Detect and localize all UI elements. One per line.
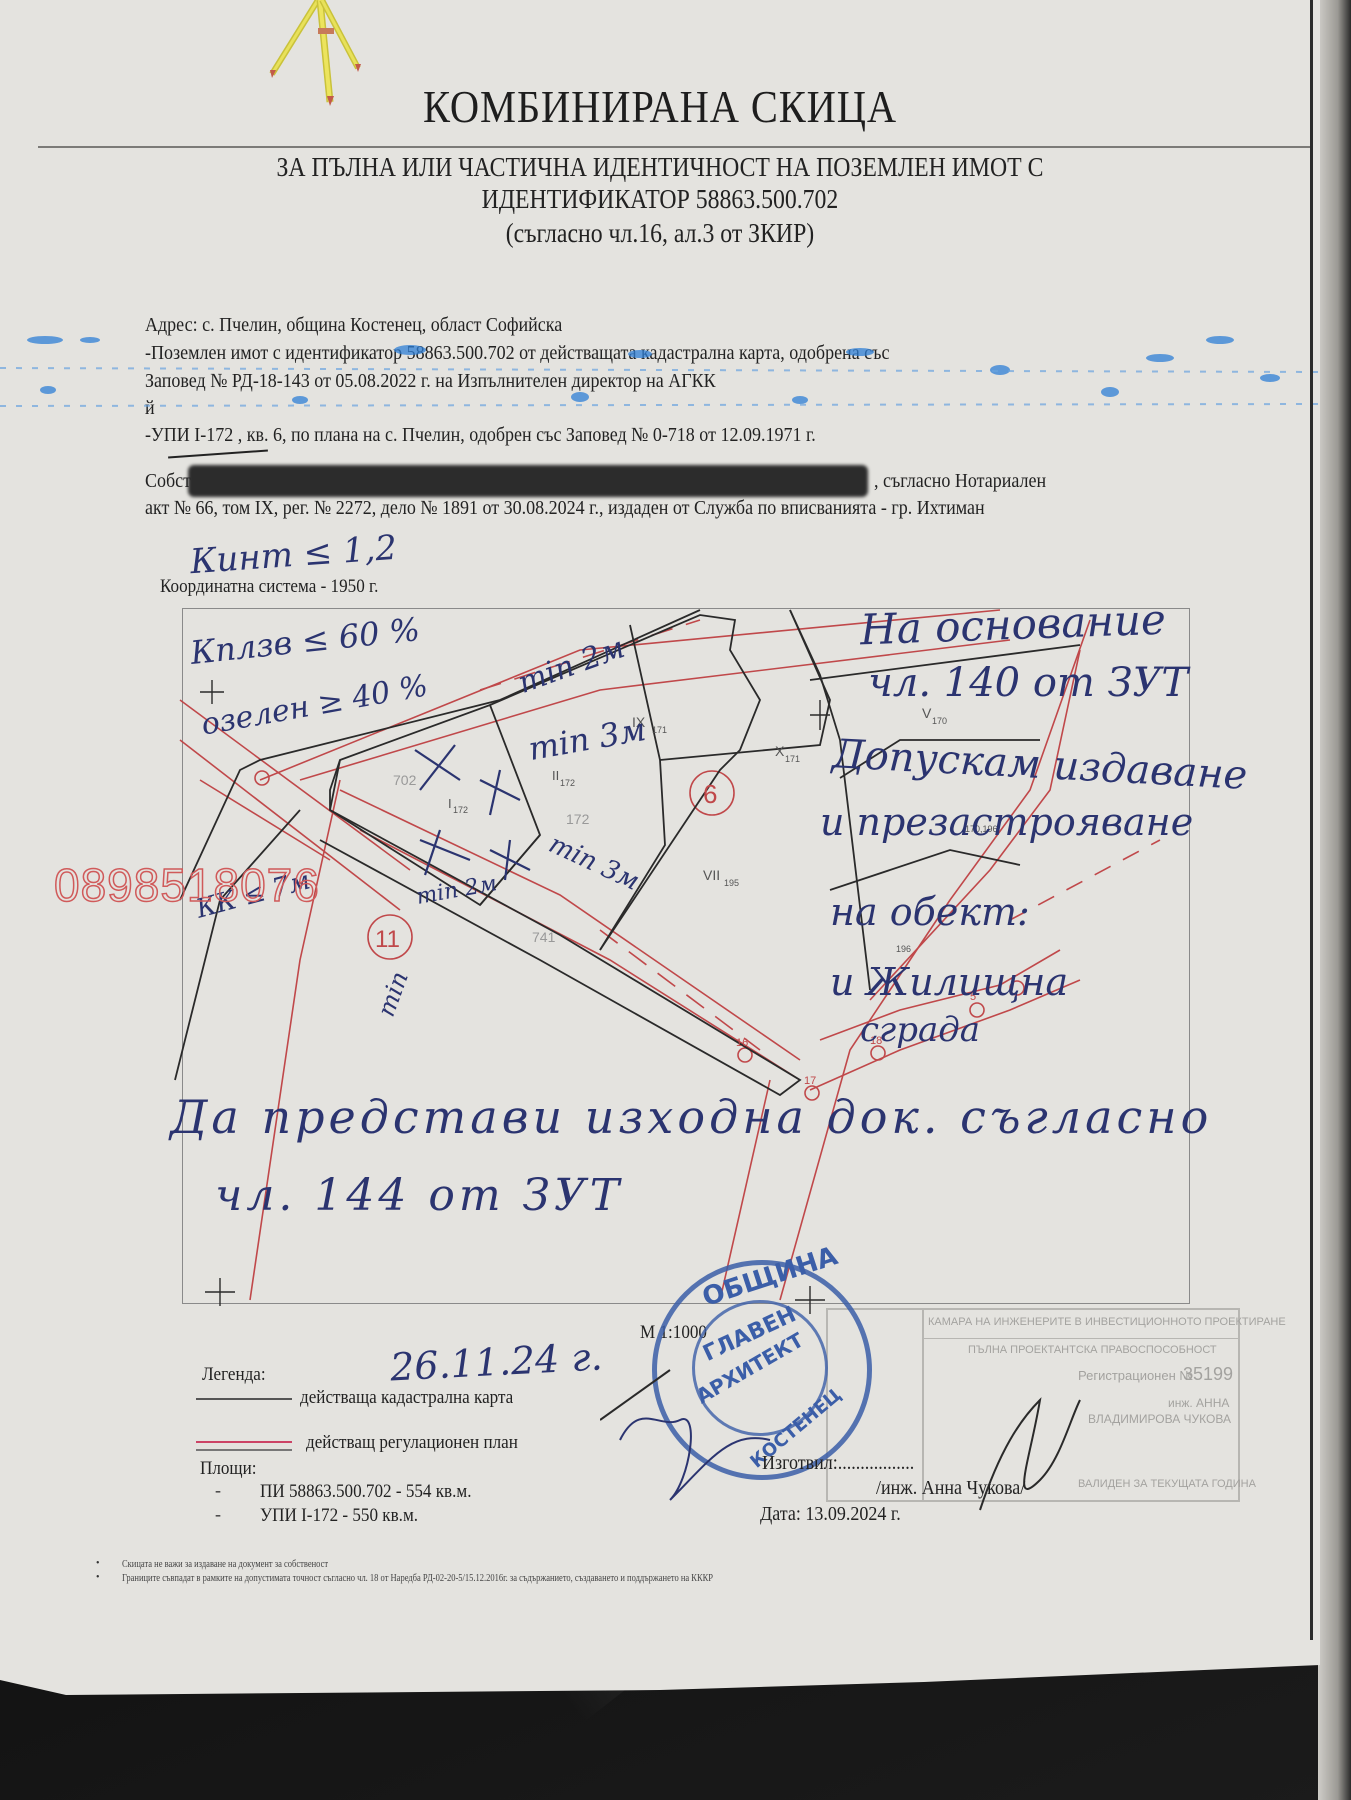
paper-right-border — [1310, 0, 1313, 1640]
paper-edge-strip — [1318, 0, 1351, 1800]
legend-cadastral-label: действаща кадастрална карта — [300, 1387, 513, 1409]
footnote-2: Границите съвпадат в рамките на допустим… — [122, 1573, 713, 1584]
area-item-pi: ПИ 58863.500.702 - 554 кв.м. — [260, 1481, 472, 1503]
legend-title: Легенда: — [202, 1364, 266, 1386]
handwritten-date: 26.11.24 г. — [389, 1334, 604, 1389]
chamber-eng-name-1: инж. АННА — [1168, 1396, 1229, 1410]
engineer-name: /инж. Анна Чукова/ — [876, 1477, 1025, 1500]
note-bottom-1: Да представи изходна док. съгласно — [170, 1090, 1212, 1144]
upi-VIII-sub: 196 — [896, 944, 911, 954]
note-right-5: на обект: — [830, 890, 1030, 934]
upi-V-label: V — [922, 705, 932, 721]
chamber-reg-number: 35199 — [1183, 1364, 1233, 1385]
upi-VII-label: VII — [703, 867, 720, 883]
footnote-1: Скицата не важи за издаване на документ … — [122, 1559, 328, 1570]
parcel-702-label: 702 — [393, 772, 417, 788]
upi-X-label: X — [775, 743, 785, 759]
note-right-4: и презастрояване — [820, 800, 1193, 844]
upi-II-sub: 172 — [560, 778, 575, 788]
upi-II-label: II — [552, 768, 559, 783]
upi-V-sub: 170 — [932, 716, 947, 726]
phone-watermark: 0898518076 — [54, 858, 320, 912]
note-right-7: сграда — [860, 1010, 980, 1050]
upi-X-sub: 171 — [785, 754, 800, 764]
area-item-upi: УПИ I-172 - 550 кв.м. — [260, 1505, 418, 1527]
note-right-6: и Жилищна — [830, 960, 1068, 1004]
upi-IX-sub: 171 — [652, 725, 667, 735]
point-17-label: 17 — [804, 1075, 816, 1087]
legend-regulation-swatch — [196, 1441, 292, 1443]
point-16-label: 16 — [736, 1037, 748, 1049]
document-date: Дата: 13.09.2024 г. — [760, 1503, 901, 1526]
upi-I-label: I — [448, 796, 452, 811]
block-6-label: 6 — [703, 779, 717, 809]
legend-regulation-label: действащ регулационен план — [306, 1432, 518, 1454]
upi-VII-sub: 195 — [724, 878, 739, 888]
prepared-by-label: Изготвил:................. — [762, 1452, 914, 1475]
legend-regulation-swatch-2 — [196, 1449, 292, 1451]
footnote-bullet-2: • — [96, 1572, 100, 1583]
parcel-741-label: 741 — [532, 929, 556, 945]
legend-cadastral-swatch — [196, 1398, 292, 1400]
note-right-2: чл. 140 от ЗУТ — [868, 660, 1188, 706]
parcel-172-label: 172 — [566, 811, 590, 827]
block-11-label: 11 — [375, 926, 400, 953]
areas-title: Площи: — [200, 1458, 257, 1480]
area-bullet-1: - — [215, 1480, 221, 1501]
chamber-line1: КАМАРА НА ИНЖЕНЕРИТЕ В ИНВЕСТИЦИОННОТО П… — [928, 1316, 1286, 1328]
area-bullet-2: - — [215, 1504, 221, 1525]
chamber-line2: ПЪЛНА ПРОЕКТАНТСКА ПРАВОСПОСОБНОСТ — [968, 1344, 1217, 1356]
document-page: КОМБИНИРАНА СКИЦА ЗА ПЪЛНА ИЛИ ЧАСТИЧНА … — [0, 0, 1320, 1695]
note-bottom-2: чл. 144 от ЗУТ — [215, 1170, 623, 1221]
upi-I-sub: 172 — [453, 805, 468, 815]
footnote-bullet-1: • — [96, 1558, 100, 1569]
